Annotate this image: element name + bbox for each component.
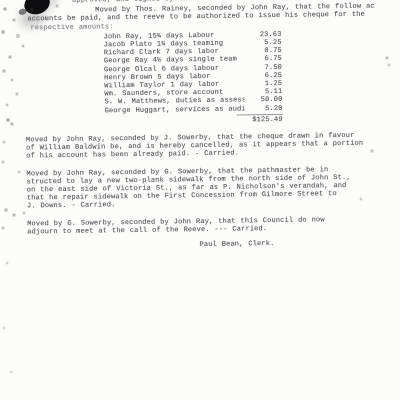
accounts-list: John Ray, 15¾ days Labour 23.63 Jacob Pl… bbox=[1, 29, 400, 128]
typewritten-content: approved, and signed by the Reeve. Moved… bbox=[0, 0, 400, 252]
minutes-paragraph-adjourn: Moved by G. Sowerby, seconded by John Ra… bbox=[27, 215, 400, 237]
accounts-total: $125.49 bbox=[237, 114, 283, 125]
account-amount: 5.20 bbox=[245, 104, 283, 113]
clerk-signature: Paul Bean, Clerk. bbox=[199, 238, 400, 249]
minutes-paragraph-accounts-motion: Moved by Thos. Rainey, seconded by John … bbox=[0, 2, 400, 32]
minutes-paragraph-cheque-cancelled: Moved by John Ray, seconded by J. Sowerb… bbox=[26, 131, 400, 161]
scanned-minutes-page: approved, and signed by the Reeve. Moved… bbox=[0, 0, 400, 400]
minutes-paragraph-sidewalk: Moved by John Ray, seconded by G. Sowerb… bbox=[26, 165, 400, 211]
